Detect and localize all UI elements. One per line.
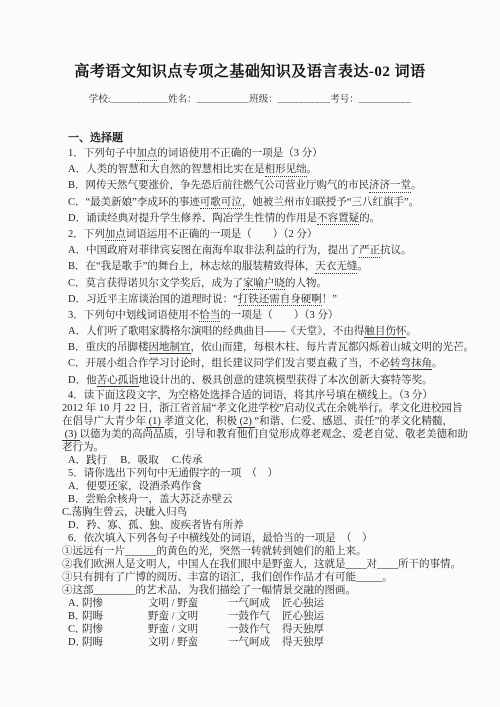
dotted-emphasis-text: 恰当: [199, 310, 220, 323]
option-cell: B．: [68, 610, 82, 623]
question-block: 1．下列句子中加点的词语使用不正确的一项是（3 分）A．人类的智慧和大自然的智慧…: [68, 146, 434, 227]
page-title: 高考语文知识点专项之基础知识及语言表达-02 词语: [0, 0, 500, 81]
option-cell: 得天独厚: [282, 623, 324, 636]
text-line: 1．下列句子中加点的词语使用不正确的一项是（3 分）: [68, 146, 434, 162]
text-segment: 。: [357, 261, 368, 272]
question-block: 3．下列句中划线词语使用不恰当的一项是（ ）（3 分）A．人们听了歌唱家腾格尔演…: [68, 308, 434, 389]
text-line: A．践行 B．吸取 C.传承: [68, 454, 434, 467]
text-segment: ，她被兰州市妇联授予“三八红旗手”。: [242, 197, 419, 208]
option-cell: 阴惨: [82, 597, 148, 610]
dotted-emphasis-text: 加点: [136, 148, 157, 161]
option-row: A．阴惨文明 / 野蛮一气呵成匠心独运: [68, 597, 434, 610]
text-line: 4．读下面这段文字，为空格处选择合适的词语，将其序号填在横线上。（3 分）: [68, 389, 434, 402]
text-segment: C．开展小组合作学习讨论时，组长建议同学们发言要直截了当，不必: [68, 358, 390, 369]
option-cell: 一鼓作气: [228, 610, 282, 623]
exam-paper-page: 高考语文知识点专项之基础知识及语言表达-02 词语 学校:___________…: [0, 0, 500, 707]
option-cell: 文明 / 野蛮: [148, 636, 228, 649]
class-label: 班级：: [249, 95, 278, 105]
underlined-text: 触目伤怀: [364, 326, 406, 338]
dotted-emphasis-text: 加点: [105, 229, 126, 242]
text-segment: B．网传天然气要涨价，争先恐后前往燃气公司营业厅购气的市民: [68, 180, 369, 191]
text-segment: 。: [406, 326, 417, 337]
text-line: D．习近平主席谈治国的道理时说：“打铁还需自身硬啊！”: [68, 292, 434, 308]
text-segment: 抗议。: [380, 245, 412, 256]
text-segment: 老行为。: [62, 442, 104, 453]
dotted-emphasis-text: 打铁还需自身硬啊: [238, 294, 322, 307]
option-cell: 匠心独运: [282, 597, 324, 610]
option-cell: 文明 / 野蛮: [148, 597, 228, 610]
text-segment: 的人物。: [285, 278, 327, 289]
text-line: 3．下列句中划线词语使用不恰当的一项是（ ）（3 分）: [68, 308, 434, 324]
text-segment: 。: [411, 180, 422, 191]
underlined-text: (2): [237, 416, 255, 428]
text-line: 2．下列加点词语运用不正确的一项是（ ）（2 分）: [68, 227, 434, 243]
text-segment: 2012 年 10 月 22 日，浙江省首届“孝文化进学校”启动仪式在余姚举行。…: [62, 403, 462, 414]
text-segment: “和谐、仁爱、感恩、责任”的孝文化精髓，: [255, 416, 453, 427]
text-segment: ！”: [322, 294, 337, 305]
dotted-emphasis-text: 济济一堂: [369, 180, 411, 193]
dotted-emphasis-text: 家喻户晓: [243, 278, 285, 291]
text-segment: 地设计出的、极具创意的建筑模型获得了本次创新大赛特等奖。: [139, 375, 433, 386]
option-cell: C．: [68, 623, 82, 636]
text-segment: A．人类的智慧和大自然的智慧相比实在是: [68, 164, 265, 175]
text-segment: 3．下列句中划线词语使用不: [68, 310, 199, 321]
text-segment: 1．下列句子中: [68, 148, 136, 159]
questions-container: 1．下列句子中加点的词语使用不正确的一项是（3 分）A．人类的智慧和大自然的智慧…: [68, 146, 434, 649]
text-line: 5．请你选出下列句中无通假字的一项 （ ）: [68, 467, 434, 480]
text-line: (3) 以德为美的高尚品质，引导和教育他们自觉形成尊老观念、爱老自觉、敬老美德和…: [62, 428, 434, 441]
underlined-text: 转弯抹角: [390, 358, 432, 370]
name-blank-field: __________: [197, 95, 250, 105]
text-segment: B．尝贻余核舟一，盖大苏泛赤壁云: [68, 494, 233, 505]
text-line: C．莫言获得诺贝尔文学奖后，成为了家喻户晓的人物。: [68, 276, 434, 292]
school-blank-field: ___________: [110, 95, 168, 105]
text-segment: D．矜、寡、孤、独、废疾者皆有所养: [68, 520, 244, 531]
text-segment: 的词语使用不正确的一项是（3 分）: [157, 148, 322, 159]
text-segment: ③只有拥有了广博的阅历、丰富的语汇，我们创作作品才有可能_____。: [62, 572, 393, 583]
option-cell: 阴晦: [82, 610, 148, 623]
school-label: 学校:: [89, 95, 111, 105]
text-segment: 6．依次填入下列各句子中横线处的词语，最恰当的一项是 （ ）: [68, 533, 373, 544]
text-segment: C．“最美新娘”李成环的事迹: [68, 197, 200, 208]
underlined-text: 因地制宜: [149, 342, 191, 354]
underlined-text: (1): [146, 416, 164, 428]
text-line: C．开展小组合作学习讨论时，组长建议同学们发言要直截了当，不必转弯抹角。: [68, 356, 434, 372]
option-row: C．阴惨野蛮 / 文明一鼓作气得天独厚: [68, 623, 434, 636]
question-block: 5．请你选出下列句中无通假字的一项 （ ）A．便要还家，设酒杀鸡作食B．尝贻余核…: [68, 467, 434, 532]
examno-blank-field: __________: [359, 95, 412, 105]
option-cell: 阴惨: [82, 623, 148, 636]
text-segment: 词语运用不正确的一项是（ ）（2 分）: [126, 229, 318, 240]
option-cell: 野蛮 / 文明: [148, 610, 228, 623]
dotted-emphasis-text: 不容置疑: [317, 213, 359, 226]
text-line: ③只有拥有了广博的阅历、丰富的语汇，我们创作作品才有可能_____。: [62, 571, 434, 584]
text-line: B．网传天然气要涨价，争先恐后前往燃气公司营业厅购气的市民济济一堂。: [68, 178, 434, 194]
text-line: ②我们欧洲人是文明人，中国人在我们眼中是野蛮人，这就是____对____所干的事…: [62, 558, 434, 571]
underlined-text: 苦心孤诣: [97, 375, 139, 387]
text-segment: 5．请你选出下列句中无通假字的一项 （ ）: [68, 468, 278, 479]
question-block: 6．依次填入下列各句子中横线处的词语，最恰当的一项是 （ ）①远远有一片____…: [68, 532, 434, 649]
student-info-line: 学校:___________姓名：__________班级：__________…: [0, 91, 500, 105]
section-heading: 一、选择题: [68, 132, 434, 144]
text-segment: 在倡导广大青少年: [62, 416, 146, 427]
text-segment: A．人们听了歌唱家腾格尔演唱的经典曲目——《天堂》，不由得: [68, 326, 364, 337]
text-segment: D．诵读经典对提升学生修养、陶冶学生性情的作用是: [68, 213, 317, 224]
text-line: A．中国政府对菲律宾妄图在南海牟取非法利益的行为，提出了严正抗议。: [68, 243, 434, 259]
text-segment: 以德为美的高尚品质，引导和教育他们自觉形成尊老观念、爱老自觉、敬老美德和助: [80, 429, 469, 440]
text-segment: 。: [432, 358, 443, 369]
text-segment: 的一项是（ ）（3 分）: [220, 310, 338, 321]
text-segment: A．中国政府对菲律宾妄图在南海牟取非法利益的行为，提出了: [68, 245, 359, 256]
dotted-emphasis-text: 严正: [359, 245, 380, 258]
option-cell: 得天独厚: [282, 636, 324, 649]
text-segment: C.荡胸生曾云，决眦入归鸟: [62, 507, 187, 518]
text-line: C．“最美新娘”李成环的事迹可歌可泣，她被兰州市妇联授予“三八红旗手”。: [68, 195, 434, 211]
option-row: D．阴晦文明 / 野蛮一气呵成得天独厚: [68, 636, 434, 649]
class-blank-field: __________: [278, 95, 331, 105]
option-cell: 匠心独运: [282, 610, 324, 623]
text-segment: 。: [307, 164, 318, 175]
text-segment: A．践行 B．吸取 C.传承: [68, 455, 202, 466]
text-line: D．他苦心孤诣地设计出的、极具创意的建筑模型获得了本次创新大赛特等奖。: [68, 373, 434, 389]
text-segment: A．便要还家，设酒杀鸡作食: [68, 481, 202, 492]
text-line: 在倡导广大青少年 (1) 孝道文化，积极 (2) “和谐、仁爱、感恩、责任”的孝…: [62, 415, 434, 428]
text-segment: ④这部________的艺术品，为我们描绘了一幅情景交融的图画。: [62, 585, 356, 596]
dotted-emphasis-text: 相形见绌: [265, 164, 307, 177]
option-cell: A．: [68, 597, 82, 610]
option-cell: 阴晦: [82, 636, 148, 649]
text-line: ①远远有一片______的黄色的光，突然一转就转到她们的船上来。: [62, 545, 434, 558]
text-segment: D．他: [68, 375, 97, 386]
text-line: A．人们听了歌唱家腾格尔演唱的经典曲目——《天堂》，不由得触目伤怀。: [68, 324, 434, 340]
text-line: 6．依次填入下列各句子中横线处的词语，最恰当的一项是 （ ）: [68, 532, 434, 545]
question-block: 2．下列加点词语运用不正确的一项是（ ）（2 分）A．中国政府对菲律宾妄图在南海…: [68, 227, 434, 308]
name-label: 姓名：: [168, 95, 197, 105]
dotted-emphasis-text: 可歌可泣: [200, 197, 242, 210]
text-line: ④这部________的艺术品，为我们描绘了一幅情景交融的图画。: [62, 584, 434, 597]
text-line: C.荡胸生曾云，决眦入归鸟: [62, 506, 434, 519]
text-segment: 4．读下面这段文字，为空格处选择合适的词语，将其序号填在横线上。（3 分）: [68, 390, 433, 401]
option-cell: D．: [68, 636, 82, 649]
text-line: 老行为。: [62, 441, 434, 454]
text-line: B．在“我是歌手”的舞台上，林志炫的服装精致得体，天衣无缝。: [68, 259, 434, 275]
text-line: 2012 年 10 月 22 日，浙江省首届“孝文化进学校”启动仪式在余姚举行。…: [62, 402, 434, 415]
question-block: 4．读下面这段文字，为空格处选择合适的词语，将其序号填在横线上。（3 分）201…: [68, 389, 434, 467]
option-cell: 野蛮 / 文明: [148, 623, 228, 636]
option-cell: 一气呵成: [228, 636, 282, 649]
text-line: B．尝贻余核舟一，盖大苏泛赤壁云: [68, 493, 434, 506]
question-area: 一、选择题 1．下列句子中加点的词语使用不正确的一项是（3 分）A．人类的智慧和…: [68, 132, 434, 649]
text-segment: ，依山而建，每根木柱、每片青瓦都闪烁着山城文明的光芒。: [191, 342, 475, 353]
text-segment: B．重庆的吊脚楼: [68, 342, 149, 353]
text-segment: 孝道文化，积极: [164, 416, 238, 427]
text-line: B．重庆的吊脚楼因地制宜，依山而建，每根木柱、每片青瓦都闪烁着山城文明的光芒。: [68, 340, 434, 356]
examno-label: 考号：: [330, 95, 359, 105]
text-segment: ①远远有一片______的黄色的光，突然一转就转到她们的船上来。: [62, 546, 367, 557]
option-row: B．阴晦野蛮 / 文明一鼓作气匠心独运: [68, 610, 434, 623]
text-line: D．诵读经典对提升学生修养、陶冶学生性情的作用是不容置疑的。: [68, 211, 434, 227]
text-segment: B．在“我是歌手”的舞台上，林志炫的服装精致得体，: [68, 261, 315, 272]
text-line: A．人类的智慧和大自然的智慧相比实在是相形见绌。: [68, 162, 434, 178]
underlined-text: (3): [62, 429, 80, 441]
text-segment: C．莫言获得诺贝尔文学奖后，成为了: [68, 278, 243, 289]
text-line: A．便要还家，设酒杀鸡作食: [68, 480, 434, 493]
dotted-emphasis-text: 天衣无缝: [315, 261, 357, 274]
option-cell: 一鼓作气: [228, 623, 282, 636]
text-segment: 2．下列: [68, 229, 105, 240]
text-segment: D．习近平主席谈治国的道理时说：“: [68, 294, 238, 305]
text-segment: 的。: [359, 213, 380, 224]
option-cell: 一气呵成: [228, 597, 282, 610]
text-line: D．矜、寡、孤、独、废疾者皆有所养: [68, 519, 434, 532]
text-segment: ②我们欧洲人是文明人，中国人在我们眼中是野蛮人，这就是____对____所干的事…: [62, 559, 461, 570]
